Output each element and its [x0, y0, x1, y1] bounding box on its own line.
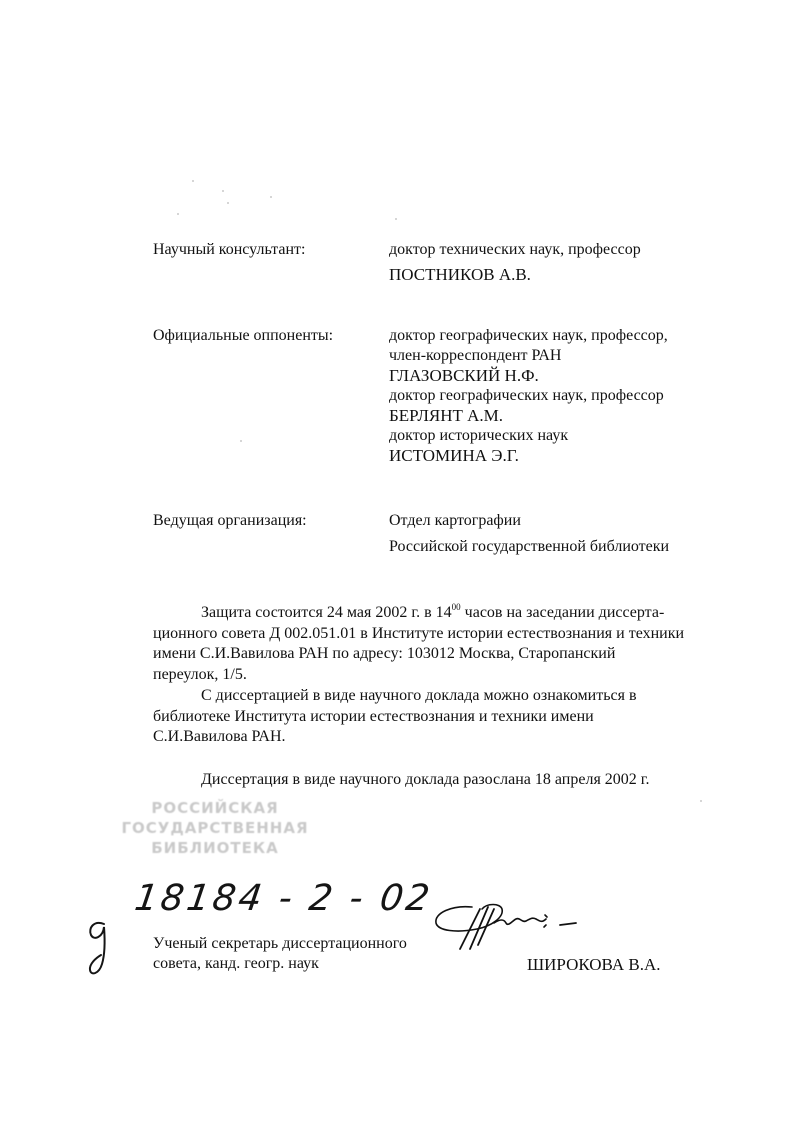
defense-line-4: переулок, 1/5. — [153, 665, 733, 686]
stamp-line-3: БИБЛИОТЕКА — [100, 838, 330, 858]
stamp-line-2: ГОСУДАРСТВЕННАЯ — [100, 818, 330, 838]
opponent-3-name: ИСТОМИНА Э.Г. — [389, 446, 668, 466]
scan-speck — [222, 190, 224, 192]
opponent-3-degree: доктор исторических наук — [389, 426, 668, 446]
library-line-3: С.И.Вавилова РАН. — [153, 727, 733, 748]
document-page: Научный консультант: доктор технических … — [0, 0, 798, 1132]
handwritten-mark-icon — [84, 918, 112, 978]
scan-speck — [227, 202, 229, 204]
consultant-name: ПОСТНИКОВ А.В. — [389, 265, 641, 285]
defense-line-1-before: Защита состоится 24 мая 2002 г. в 14 — [201, 604, 452, 621]
defense-line-2: ционного совета Д 002.051.01 в Институте… — [153, 624, 733, 645]
library-line-2: библиотеке Института истории естествозна… — [153, 707, 733, 728]
leading-org-value: Отдел картографии Российской государстве… — [389, 511, 669, 557]
handwritten-registration-number: 18184 - 2 - 02 — [132, 878, 435, 919]
opponent-1-degree: доктор географических наук, профессор, — [389, 326, 668, 346]
opponent-2-degree: доктор географических наук, профессор — [389, 386, 668, 406]
library-line-1: С диссертацией в виде научного доклада м… — [153, 686, 733, 707]
consultant-value: доктор технических наук, профессор ПОСТН… — [389, 240, 641, 285]
opponent-2-name: БЕРЛЯНТ А.М. — [389, 406, 668, 426]
secretary-label-line-2: совета, канд. геогр. наук — [153, 954, 407, 974]
scan-speck — [395, 218, 397, 220]
leading-org-label: Ведущая организация: — [153, 511, 307, 531]
scan-speck — [700, 800, 702, 802]
leading-org-line-2: Российской государственной библиотеки — [389, 537, 669, 557]
opponent-1-name: ГЛАЗОВСКИЙ Н.Ф. — [389, 366, 668, 386]
scan-speck — [270, 196, 272, 198]
defense-time-minutes: 00 — [452, 602, 461, 612]
opponents-value: доктор географических наук, профессор, ч… — [389, 326, 668, 466]
defense-line-1: Защита состоится 24 мая 2002 г. в 1400 ч… — [153, 603, 733, 624]
opponents-label: Официальные оппоненты: — [153, 326, 333, 346]
secretary-label: Ученый секретарь диссертационного совета… — [153, 934, 407, 974]
leading-org-line-1: Отдел картографии — [389, 511, 669, 537]
distribution-paragraph: Диссертация в виде научного доклада разо… — [153, 770, 733, 791]
consultant-label: Научный консультант: — [153, 240, 305, 260]
defense-line-1-after: часов на заседании диссерта- — [461, 604, 665, 621]
scan-speck — [240, 440, 242, 442]
distribution-line: Диссертация в виде научного доклада разо… — [153, 770, 733, 791]
opponent-1-title: член-корреспондент РАН — [389, 346, 668, 366]
scan-speck — [192, 180, 194, 182]
defense-paragraph: Защита состоится 24 мая 2002 г. в 1400 ч… — [153, 603, 733, 685]
stamp-line-1: РОССИЙСКАЯ — [100, 798, 330, 818]
library-stamp: РОССИЙСКАЯ ГОСУДАРСТВЕННАЯ БИБЛИОТЕКА — [100, 798, 330, 858]
signature-icon — [432, 893, 612, 955]
library-paragraph: С диссертацией в виде научного доклада м… — [153, 686, 733, 748]
scan-speck — [177, 213, 179, 215]
secretary-label-line-1: Ученый секретарь диссертационного — [153, 934, 407, 954]
defense-line-3: имени С.И.Вавилова РАН по адресу: 103012… — [153, 644, 733, 665]
secretary-name: ШИРОКОВА В.А. — [527, 955, 660, 975]
consultant-degree: доктор технических наук, профессор — [389, 240, 641, 265]
